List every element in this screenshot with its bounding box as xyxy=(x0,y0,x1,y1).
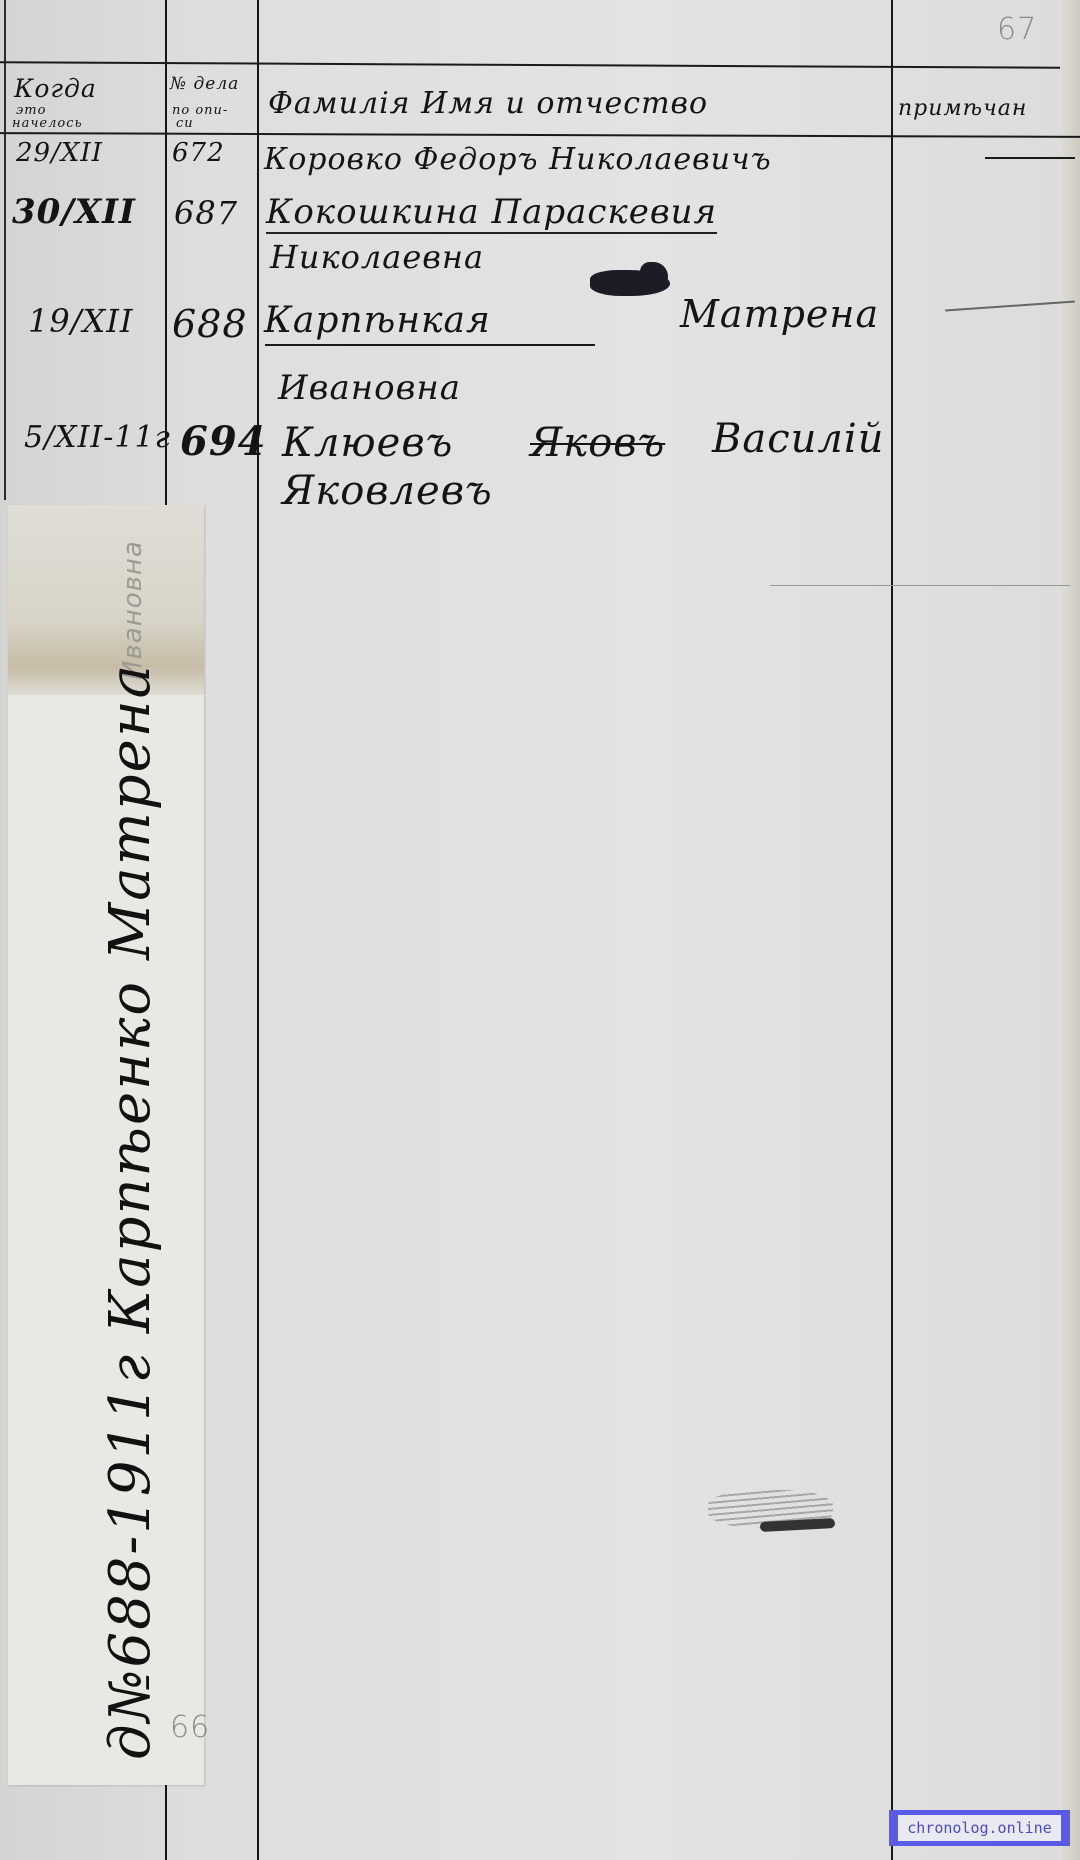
name-underline xyxy=(265,344,595,346)
slip-page-number: 66 xyxy=(170,1710,210,1745)
row-date: 30/XII xyxy=(12,192,136,232)
row-case-no: 687 xyxy=(174,194,238,232)
header-note: примѣчан xyxy=(898,96,1027,121)
row-case-no: 672 xyxy=(172,138,225,168)
row-name-line1-after: Матрена xyxy=(680,292,879,336)
faint-line xyxy=(770,585,1070,586)
row-case-no: 688 xyxy=(172,302,248,346)
header-name: Фамилія Имя и отчество xyxy=(268,86,708,121)
note-line-1 xyxy=(985,157,1075,159)
column-divider-4 xyxy=(891,0,893,1860)
note-line-2 xyxy=(945,300,1075,311)
slip-handwriting: д№688-1911г Карпѣенко Матрена xyxy=(98,663,163,1760)
slip-faded-text: Ивановна xyxy=(118,540,148,680)
row-name-line2: Яковлевъ xyxy=(282,468,493,514)
row-name-line2: Ивановна xyxy=(278,368,461,408)
header-when-line1: Когда xyxy=(14,74,97,103)
header-bottom-line xyxy=(0,132,1080,138)
row-date: 29/XII xyxy=(16,138,103,168)
row-date: 5/XII-11г xyxy=(24,420,171,455)
row-name-line1: Карпѣнкая xyxy=(264,300,491,341)
header-top-line xyxy=(0,61,1060,69)
register-page: 67 Когда это начелось № дела по опи- си … xyxy=(0,0,1080,1860)
row-name: Коровко Федоръ Николаевичъ xyxy=(264,142,772,177)
row-name-prefix: Клюевъ xyxy=(282,420,453,466)
page-number-top: 67 xyxy=(997,12,1037,47)
row-date: 19/XII xyxy=(28,302,134,340)
page-edge xyxy=(1060,0,1080,1860)
ink-blot xyxy=(640,262,668,290)
row-name-line2: Николаевна xyxy=(270,238,484,276)
row-name-line1: Кокошкина Параскевия xyxy=(266,192,717,234)
row-name-rest: Василій xyxy=(712,416,884,462)
watermark-text: chronolog.online xyxy=(898,1815,1061,1841)
row-name-struck: Яковъ xyxy=(530,420,665,466)
column-divider-3 xyxy=(257,0,259,1860)
watermark-badge: chronolog.online xyxy=(889,1810,1070,1846)
column-divider-1 xyxy=(4,0,6,500)
header-case-line3: си xyxy=(176,117,194,130)
header-case-line1: № дела xyxy=(170,74,239,94)
row-case-no: 694 xyxy=(180,418,267,465)
header-when-line3: начелось xyxy=(12,117,83,130)
